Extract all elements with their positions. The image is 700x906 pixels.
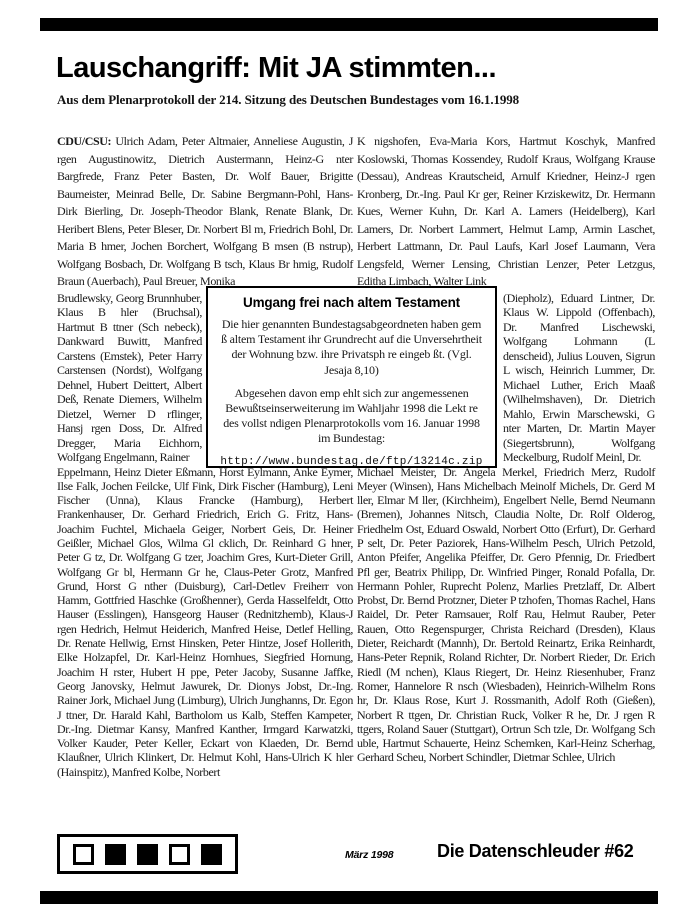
page-title: Lauschangriff: Mit JA stimmten... [56, 52, 496, 85]
names-left-beside-box: Brudlewsky, Georg Brunnhuber, Klaus B hl… [57, 291, 202, 465]
stamp-square-filled [137, 844, 158, 865]
stamp-square-outline [169, 844, 190, 865]
bundestag-protocol-url[interactable]: http://www.bundestag.de/ftp/13214c.zip [218, 456, 485, 468]
info-box-title: Umgang frei nach altem Testament [218, 295, 485, 310]
magazine-title: Die Datenschleuder #62 [437, 841, 634, 862]
names-right-beside-box: (Diepholz), Eduard Lintner, Dr. Klaus W.… [503, 291, 655, 465]
magazine-page: Lauschangriff: Mit JA stimmten... Aus de… [0, 0, 700, 906]
stamp-square-filled [201, 844, 222, 865]
issue-date: März 1998 [345, 849, 393, 861]
names-left-top: CDU/CSU: Ulrich Adam, Peter Altmaier, An… [57, 133, 353, 291]
page-subtitle: Aus dem Plenarprotokoll der 214. Sitzung… [57, 92, 519, 108]
names-right-bottom: Michael Meister, Dr. Angela Merkel, Frie… [357, 465, 655, 765]
info-box-paragraph-2: Abgesehen davon emp ehlt sich zur angeme… [218, 386, 485, 447]
stamp-square-outline [73, 844, 94, 865]
info-box-paragraph-1: Die hier genannten Bundestagsabgeordnete… [218, 317, 485, 378]
stamp-square-filled [105, 844, 126, 865]
bottom-rule-bar [40, 891, 658, 904]
stamp-squares-box [57, 834, 238, 874]
names-left-bottom: Eppelmann, Heinz Dieter Eßmann, Horst Ey… [57, 465, 353, 780]
names-right-top: K nigshofen, Eva-Maria Kors, Hartmut Kos… [357, 133, 655, 291]
names-left-top-text: Ulrich Adam, Peter Altmaier, Anneliese A… [57, 134, 353, 288]
info-box: Umgang frei nach altem Testament Die hie… [206, 286, 497, 468]
party-label: CDU/CSU: [57, 134, 111, 148]
top-rule-bar [40, 18, 658, 31]
